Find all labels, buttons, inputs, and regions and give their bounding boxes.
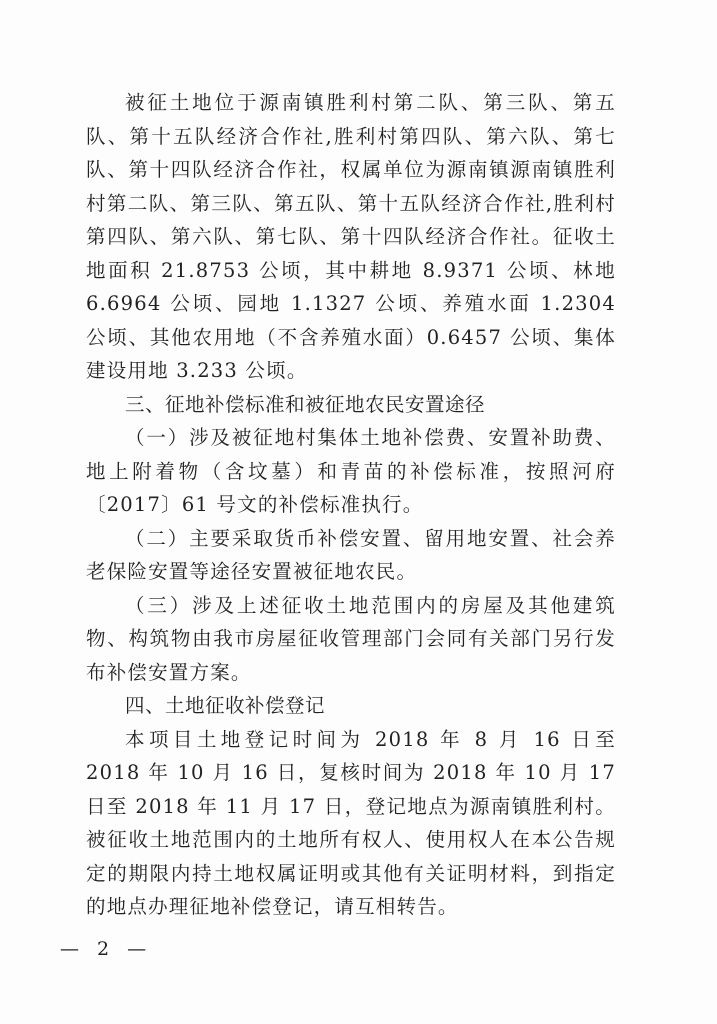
paragraph-land-location: 被征土地位于源南镇胜利村第二队、第三队、第五队、第十五队经济合作社,胜利村第四队… (86, 86, 616, 388)
paragraph-building-compensation: （三）涉及上述征收土地范围内的房屋及其他建筑物、构筑物由我市房屋征收管理部门会同… (86, 589, 616, 690)
page-number: — 2 — (60, 938, 152, 960)
document-body: 被征土地位于源南镇胜利村第二队、第三队、第五队、第十五队经济合作社,胜利村第四队… (86, 86, 616, 924)
paragraph-resettlement-methods: （二）主要采取货币补偿安置、留用地安置、社会养老保险安置等途径安置被征地农民。 (86, 522, 616, 589)
paragraph-compensation-standard: （一）涉及被征地村集体土地补偿费、安置补助费、地上附着物（含坟墓）和青苗的补偿标… (86, 421, 616, 522)
section-heading-3: 三、征地补偿标准和被征地农民安置途径 (86, 388, 616, 422)
paragraph-registration: 本项目土地登记时间为 2018 年 8 月 16 日至 2018 年 10 月 … (86, 723, 616, 924)
document-page: 被征土地位于源南镇胜利村第二队、第三队、第五队、第十五队经济合作社,胜利村第四队… (0, 0, 717, 1024)
section-heading-4: 四、土地征收补偿登记 (86, 689, 616, 723)
